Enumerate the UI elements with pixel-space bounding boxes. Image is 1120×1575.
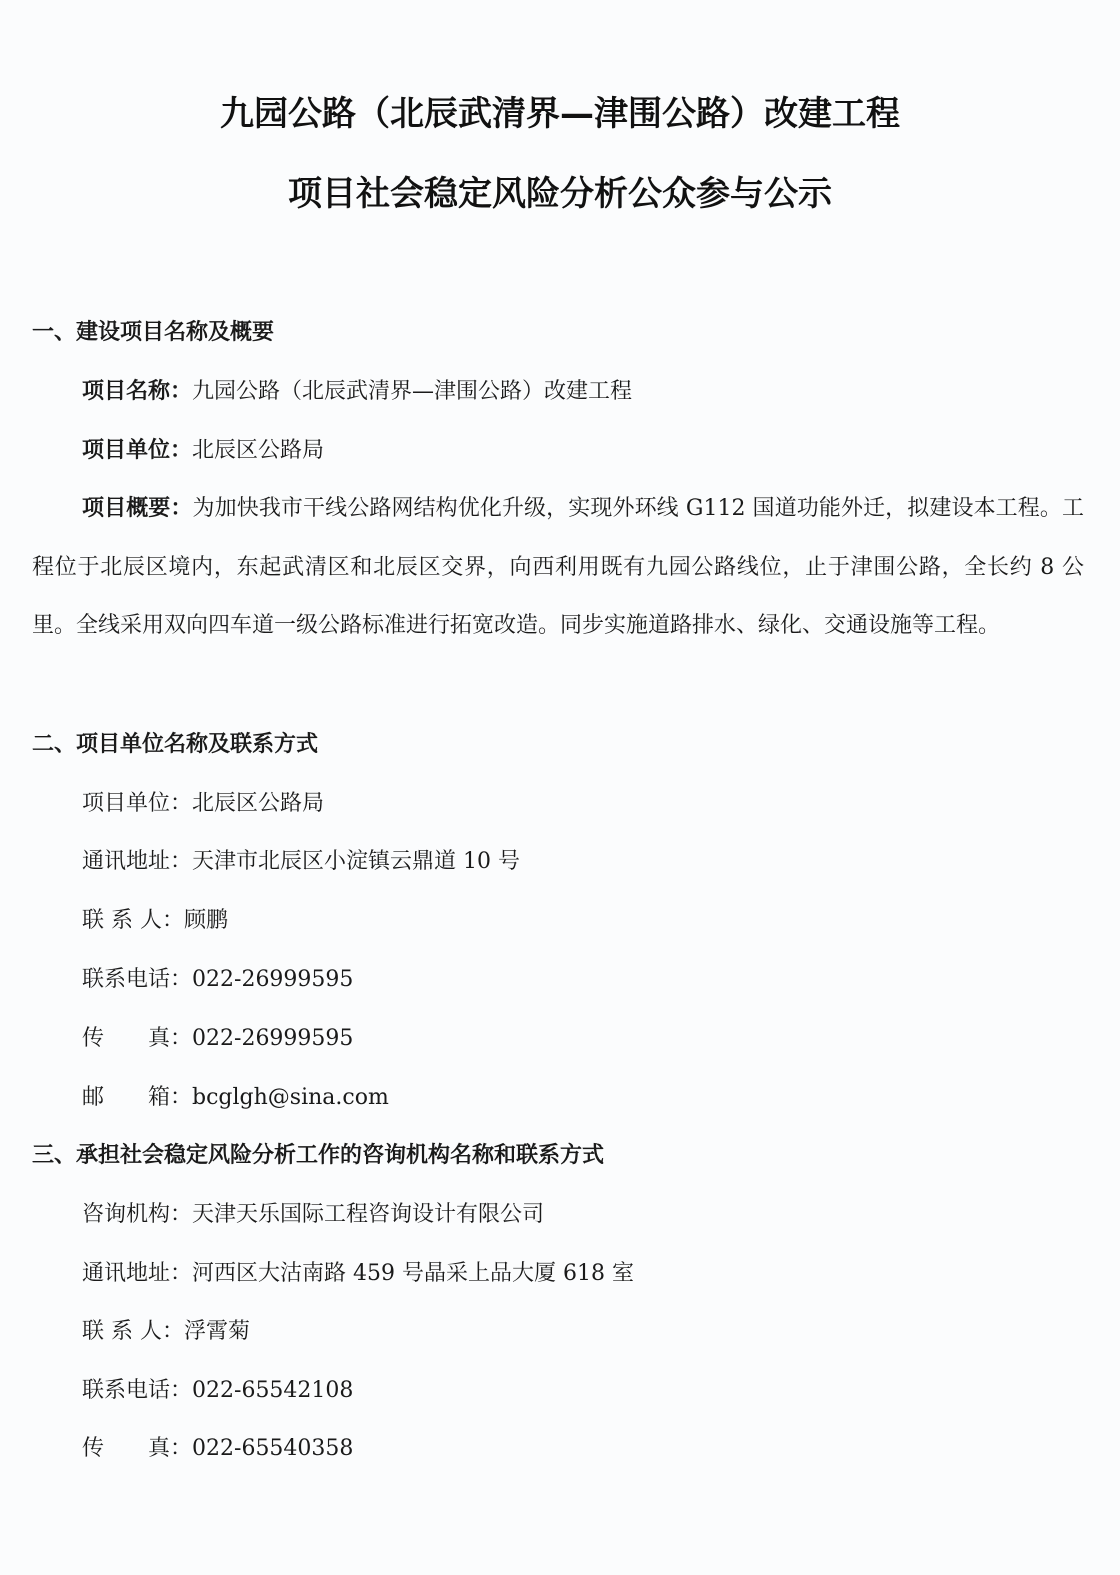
field-value: 河西区大沽南路 459 号晶采上品大厦 618 室 <box>192 1261 634 1286</box>
consultant-row: 联系电话：022-65542108 <box>82 1376 353 1406</box>
field-label: 通讯地址： <box>82 1261 192 1286</box>
contact-row: 邮 箱：bcglgh@sina.com <box>82 1083 389 1113</box>
contact-row: 联 系 人：顾鹏 <box>82 906 228 936</box>
contact-row: 联系电话：022-26999595 <box>82 965 353 995</box>
field-label: 项目单位： <box>82 791 192 816</box>
field-value: 浮霄菊 <box>184 1319 250 1344</box>
project-unit-value: 北辰区公路局 <box>192 438 324 463</box>
project-name-label: 项目名称： <box>82 379 192 404</box>
consultant-row: 联 系 人：浮霄菊 <box>82 1317 250 1347</box>
field-label: 邮 箱： <box>82 1085 192 1110</box>
field-value: 022-26999595 <box>192 1026 353 1051</box>
field-value: 022-65540358 <box>192 1436 353 1461</box>
field-label: 传 真： <box>82 1436 192 1461</box>
field-value: 北辰区公路局 <box>192 791 324 816</box>
field-value: 顾鹏 <box>184 908 228 933</box>
contact-row: 传 真：022-26999595 <box>82 1024 353 1054</box>
field-value: 天津市北辰区小淀镇云鼎道 10 号 <box>192 849 520 874</box>
project-unit-row: 项目单位：北辰区公路局 <box>82 436 324 466</box>
field-value: 天津天乐国际工程咨询设计有限公司 <box>192 1202 544 1227</box>
document-title-line1: 九园公路（北辰武清界—津围公路）改建工程 <box>0 86 1120 135</box>
field-label: 联系电话： <box>82 1378 192 1403</box>
field-label: 传 真： <box>82 1026 192 1051</box>
consultant-row: 传 真：022-65540358 <box>82 1434 353 1464</box>
project-summary-paragraph: 项目概要：为加快我市干线公路网结构优化升级，实现外环线 G112 国道功能外迁，… <box>32 480 1084 656</box>
field-label: 联 系 人： <box>82 1319 184 1344</box>
field-label: 咨询机构： <box>82 1202 192 1227</box>
project-name-value: 九园公路（北辰武清界—津围公路）改建工程 <box>192 379 632 404</box>
consultant-row: 咨询机构：天津天乐国际工程咨询设计有限公司 <box>82 1200 544 1230</box>
project-summary-label: 项目概要： <box>82 496 193 521</box>
field-label: 通讯地址： <box>82 849 192 874</box>
document-title-line2: 项目社会稳定风险分析公众参与公示 <box>0 166 1120 215</box>
email-value: bcglgh@sina.com <box>192 1085 389 1110</box>
contact-row: 通讯地址：天津市北辰区小淀镇云鼎道 10 号 <box>82 847 520 877</box>
contact-row: 项目单位：北辰区公路局 <box>82 789 324 819</box>
section2-heading: 二、项目单位名称及联系方式 <box>32 730 318 760</box>
field-label: 联系电话： <box>82 967 192 992</box>
section1-heading: 一、建设项目名称及概要 <box>32 318 274 348</box>
section3-heading: 三、承担社会稳定风险分析工作的咨询机构名称和联系方式 <box>32 1141 604 1171</box>
consultant-row: 通讯地址：河西区大沽南路 459 号晶采上品大厦 618 室 <box>82 1259 634 1289</box>
project-name-row: 项目名称：九园公路（北辰武清界—津围公路）改建工程 <box>82 377 632 407</box>
project-unit-label: 项目单位： <box>82 438 192 463</box>
field-label: 联 系 人： <box>82 908 184 933</box>
field-value: 022-26999595 <box>192 967 353 992</box>
field-value: 022-65542108 <box>192 1378 353 1403</box>
